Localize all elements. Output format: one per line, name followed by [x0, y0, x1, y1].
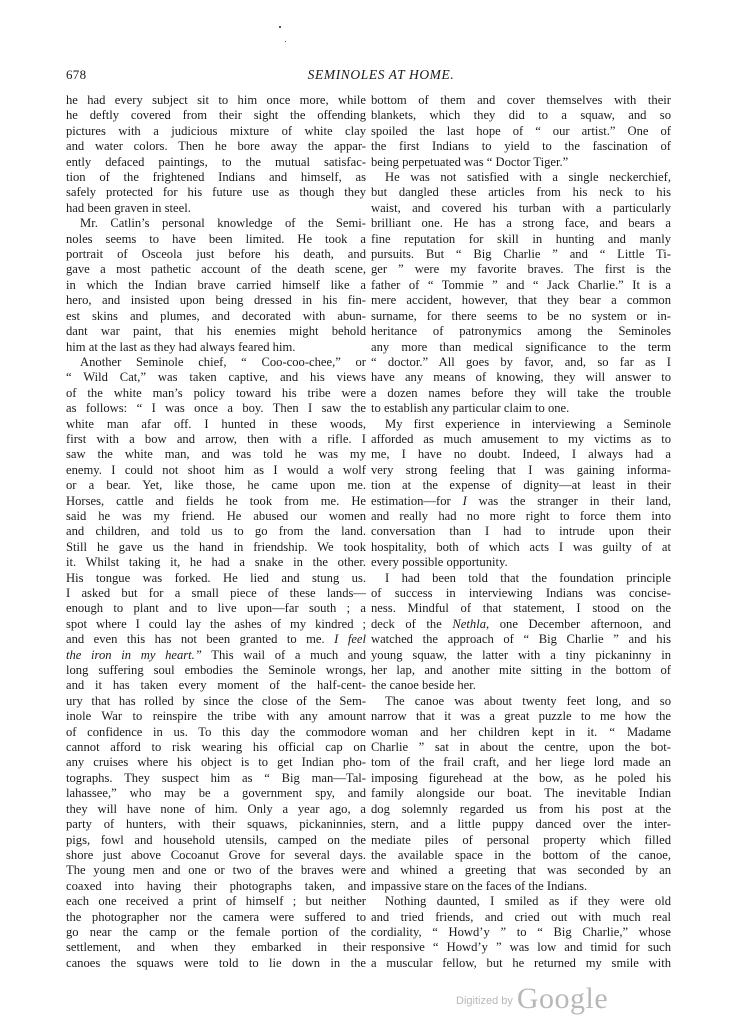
- text-line: narrow that it was a great puzzle to me …: [371, 709, 671, 724]
- text-run: me, I have no doubt. Indeed, I always ha…: [371, 447, 671, 461]
- text-line: and children, and told us to go from the…: [66, 524, 366, 539]
- text-run: imposing figurehead at the bow, as he po…: [371, 771, 671, 785]
- text-line: a dozen names before they will take the …: [371, 386, 671, 401]
- text-line: shore just above Cocoanut Grove for seve…: [66, 848, 366, 863]
- text-run: first with a bow and arrow, then with a …: [66, 432, 366, 446]
- text-line: His tongue was forked. He lied and stung…: [66, 571, 366, 586]
- page-header: 678 SEMINOLES AT HOME.: [66, 67, 680, 87]
- text-line: afforded as much amusement to my victims…: [371, 432, 671, 447]
- text-line: any more than medical significance to th…: [371, 340, 671, 355]
- text-run: was the stranger in their land,: [467, 494, 671, 508]
- text-run: they will have none of him. Only a year …: [66, 802, 366, 816]
- text-run: to establish any particular claim to one…: [371, 401, 569, 415]
- text-run: enemy. I could not shoot him as I would …: [66, 463, 366, 477]
- text-line: long suffering soul embodies the Seminol…: [66, 663, 366, 678]
- text-line: He was not satisfied with a single necke…: [371, 170, 671, 185]
- text-line: “ doctor.” All goes by favor, and, so fa…: [371, 355, 671, 370]
- text-line: I had been told that the foundation prin…: [371, 571, 671, 586]
- text-run: her lap, and another mite sitting in the…: [371, 663, 671, 677]
- text-run: conversation than I had to intrude upon …: [371, 524, 671, 538]
- text-line: “ Wild Cat,” was taken captive, and his …: [66, 370, 366, 385]
- text-run: afforded as much amusement to my victims…: [371, 432, 671, 446]
- text-line: pursuits. But “ Big Charlie ” and “ Litt…: [371, 247, 671, 262]
- text-line: and water colors. Then he bore away the …: [66, 139, 366, 154]
- italic-text-run: Nethla: [452, 617, 486, 631]
- text-line: as follows: “ I was once a boy. Then I s…: [66, 401, 366, 416]
- text-run: gave a most pathetic account of the deat…: [66, 262, 366, 276]
- text-run: hospitality, both of which acts I was gu…: [371, 540, 671, 554]
- text-line: white man afar off. I hunted in these wo…: [66, 417, 366, 432]
- text-line: a muscular fellow, but he returned my sm…: [371, 956, 671, 971]
- text-run: tion of the frightened Indians and himse…: [66, 170, 366, 184]
- text-line: The young men and one or two of the brav…: [66, 863, 366, 878]
- text-line: cannot afford to risk wearing his offici…: [66, 740, 366, 755]
- text-line: family alongside our boat. The inevitabl…: [371, 786, 671, 801]
- scan-speck-top: [279, 26, 281, 28]
- text-line: imposing figurehead at the bow, as he po…: [371, 771, 671, 786]
- text-line: tion at the expense of dignity—at least …: [371, 478, 671, 493]
- text-line: of success in interviewing Indians was c…: [371, 586, 671, 601]
- text-line: woman and her children kept in it. “ Mad…: [371, 725, 671, 740]
- text-run: fine reputation for skill in hunting and…: [371, 232, 671, 246]
- text-line: lahassee,” who may be a government spy, …: [66, 786, 366, 801]
- text-run: a muscular fellow, but he returned my sm…: [371, 956, 671, 970]
- text-run: any cruises where his object is to get I…: [66, 755, 366, 769]
- text-run: I asked but for a small piece of these l…: [66, 586, 366, 600]
- text-line: it. Whilst taking it, he had a snake in …: [66, 555, 366, 570]
- text-line: gave a most pathetic account of the deat…: [66, 262, 366, 277]
- text-run: cannot afford to risk wearing his offici…: [66, 740, 366, 754]
- text-run: family alongside our boat. The inevitabl…: [371, 786, 671, 800]
- text-run: had been graven in steel.: [66, 201, 191, 215]
- text-line: the iron in my heart.” This wail of a mu…: [66, 648, 366, 663]
- text-run: spoiled the last hope of “ our artist.” …: [371, 124, 671, 138]
- text-line: to establish any particular claim to one…: [371, 401, 671, 416]
- italic-text-run: I feel: [334, 632, 366, 646]
- text-line: Charlie ” sat in about the centre, upon …: [371, 740, 671, 755]
- google-logo-text: Google: [517, 982, 608, 1015]
- text-run: the first Indians to yield to the fascin…: [371, 139, 671, 153]
- text-run: bottom of them and cover themselves with…: [371, 93, 671, 107]
- text-line: father of “ Tommie ” and “ Jack Charlie.…: [371, 278, 671, 293]
- text-run: Still he gave us the hand in friendship.…: [66, 540, 366, 554]
- text-line: young squaw, the latter with a tiny pick…: [371, 648, 671, 663]
- text-line: mediate piles of personal property which…: [371, 833, 671, 848]
- text-run: father of “ Tommie ” and “ Jack Charlie.…: [371, 278, 671, 292]
- text-run: saw the white man, and was told he was m…: [66, 447, 366, 461]
- text-line: the canoe beside her.: [371, 678, 671, 693]
- text-run: being perpetuated was “ Doctor Tiger.”: [371, 155, 568, 169]
- text-run: coaxed into having their photographs tak…: [66, 879, 366, 893]
- text-line: or a bear. Yet, like those, he came upon…: [66, 478, 366, 493]
- text-run: His tongue was forked. He lied and stung…: [66, 571, 366, 585]
- text-run: a dozen names before they will take the …: [371, 386, 671, 400]
- text-run: party of hunters, with their squaws, pic…: [66, 817, 366, 831]
- text-run: long suffering soul embodies the Seminol…: [66, 663, 366, 677]
- text-run: My first experience in interviewing a Se…: [385, 417, 671, 431]
- text-line: the first Indians to yield to the fascin…: [371, 139, 671, 154]
- text-run: noles seems to have been limited. He too…: [66, 232, 366, 246]
- text-run: very strong feeling that I was gaining i…: [371, 463, 671, 477]
- text-line: ness. Mindful of that statement, I stood…: [371, 601, 671, 616]
- text-run: woman and her children kept in it. “ Mad…: [371, 725, 671, 739]
- text-line: responsive “ Howd’y ” was low and timid …: [371, 940, 671, 955]
- text-run: est skins and plumes, and decorated with…: [66, 309, 366, 323]
- italic-text-run: the iron in my heart.”: [66, 648, 202, 662]
- text-run: white man afar off. I hunted in these wo…: [66, 417, 366, 431]
- text-run: portrait of Osceola just before his deat…: [66, 247, 366, 261]
- text-line: very strong feeling that I was gaining i…: [371, 463, 671, 478]
- text-line: dog solemnly regarded us from his post a…: [371, 802, 671, 817]
- text-line: fine reputation for skill in hunting and…: [371, 232, 671, 247]
- text-line: he deftly covered from their sight the o…: [66, 108, 366, 123]
- text-line: pigs, fowl and household utensils, campe…: [66, 833, 366, 848]
- text-run: the canoe beside her.: [371, 678, 476, 692]
- text-run: tion at the expense of dignity—at least …: [371, 478, 671, 492]
- text-run: of confidence in us. To this day the com…: [66, 725, 366, 739]
- text-run: cordiality, “ Howd’y ” to “ Big Charlie,…: [371, 925, 671, 939]
- text-run: or a bear. Yet, like those, he came upon…: [66, 478, 366, 492]
- text-line: the photographer nor the camera were suf…: [66, 910, 366, 925]
- text-line: deck of the Nethla, one December afterno…: [371, 617, 671, 632]
- text-line: My first experience in interviewing a Se…: [371, 417, 671, 432]
- text-line: of the white man’s policy toward his tri…: [66, 386, 366, 401]
- text-line: safely protected for his future use as t…: [66, 185, 366, 200]
- text-line: blankets, which they did to a squaw, and…: [371, 108, 671, 123]
- text-line: and it has taken every moment of the hal…: [66, 678, 366, 693]
- text-run: ently defaced paintings, to the mutual s…: [66, 155, 366, 169]
- text-run: any more than medical significance to th…: [371, 340, 671, 354]
- text-line: in which the Indian brave carried himsel…: [66, 278, 366, 293]
- text-line: and tried friends, and cried out with mu…: [371, 910, 671, 925]
- text-run: ury that has rolled by since the close o…: [66, 694, 366, 708]
- text-run: I had been told that the foundation prin…: [385, 571, 671, 585]
- text-line: Another Seminole chief, “ Coo-coo-chee,”…: [66, 355, 366, 370]
- text-line: brilliant one. He has a strong face, and…: [371, 216, 671, 231]
- text-run: go near the camp or the female portion o…: [66, 925, 366, 939]
- text-run: estimation—for: [371, 494, 463, 508]
- text-line: him at the last as they had always feare…: [66, 340, 366, 355]
- text-run: dog solemnly regarded us from his post a…: [371, 802, 671, 816]
- watermark-prefix: Digitized by: [456, 995, 513, 1007]
- text-line: her lap, and another mite sitting in the…: [371, 663, 671, 678]
- text-run: responsive “ Howd’y ” was low and timid …: [371, 940, 671, 954]
- text-line: portrait of Osceola just before his deat…: [66, 247, 366, 262]
- text-line: ently defaced paintings, to the mutual s…: [66, 155, 366, 170]
- text-line: surname, for there seems to be no system…: [371, 309, 671, 324]
- text-run: narrow that it was a great puzzle to me …: [371, 709, 671, 723]
- text-line: he had every subject sit to him once mor…: [66, 93, 366, 108]
- text-line: hero, and insisted upon being dressed in…: [66, 293, 366, 308]
- text-run: said he was my friend. He abused our wom…: [66, 509, 366, 523]
- text-run: tom of the frail craft, and her liege lo…: [371, 755, 671, 769]
- text-run: settlement, and when they embarked in th…: [66, 940, 366, 954]
- text-run: pigs, fowl and household utensils, campe…: [66, 833, 366, 847]
- text-line: and whined a greeting that was seconded …: [371, 863, 671, 878]
- text-run: dant war paint, that his enemies might b…: [66, 324, 366, 338]
- text-run: , one December afternoon, and: [486, 617, 671, 631]
- text-line: Mr. Catlin’s personal knowledge of the S…: [66, 216, 366, 231]
- text-line: party of hunters, with their squaws, pic…: [66, 817, 366, 832]
- text-line: saw the white man, and was told he was m…: [66, 447, 366, 462]
- text-run: mediate piles of personal property which…: [371, 833, 671, 847]
- text-line: heritance of patronymics among the Semin…: [371, 324, 671, 339]
- text-run: pursuits. But “ Big Charlie ” and “ Litt…: [371, 247, 671, 261]
- text-run: stern, and a little puppy danced over th…: [371, 817, 671, 831]
- text-run: and even this has not been granted to me…: [66, 632, 325, 646]
- text-line: bottom of them and cover themselves with…: [371, 93, 671, 108]
- text-line: each one received a print of himself ; b…: [66, 894, 366, 909]
- text-run: of the white man’s policy toward his tri…: [66, 386, 366, 400]
- text-run: Horses, cattle and fields he took from m…: [66, 494, 366, 508]
- text-run: spot where I could lay the ashes of my k…: [66, 617, 366, 631]
- text-line: every possible opportunity.: [371, 555, 671, 570]
- text-line: go near the camp or the female portion o…: [66, 925, 366, 940]
- text-line: impassive stare on the faces of the Indi…: [371, 879, 671, 894]
- text-run: blankets, which they did to a squaw, and…: [371, 108, 671, 122]
- running-title: SEMINOLES AT HOME.: [66, 67, 680, 83]
- text-line: and even this has not been granted to me…: [66, 632, 366, 647]
- text-line: est skins and plumes, and decorated with…: [66, 309, 366, 324]
- text-run: The canoe was about twenty feet long, an…: [385, 694, 671, 708]
- text-line: first with a bow and arrow, then with a …: [66, 432, 366, 447]
- text-run: each one received a print of himself ; b…: [66, 894, 366, 908]
- text-run: ness. Mindful of that statement, I stood…: [371, 601, 671, 615]
- text-run: Mr. Catlin’s personal knowledge of the S…: [80, 216, 366, 230]
- text-run: He was not satisfied with a single necke…: [385, 170, 671, 184]
- text-line: have any means of knowing, they will ans…: [371, 370, 671, 385]
- text-line: dant war paint, that his enemies might b…: [66, 324, 366, 339]
- text-line: any cruises where his object is to get I…: [66, 755, 366, 770]
- text-run: pictures with a judicious mixture of whi…: [66, 124, 366, 138]
- text-run: lahassee,” who may be a government spy, …: [66, 786, 366, 800]
- text-run: it. Whilst taking it, he had a snake in …: [66, 555, 366, 569]
- text-line: stern, and a little puppy danced over th…: [371, 817, 671, 832]
- text-run: the photographer nor the camera were suf…: [66, 910, 366, 924]
- text-line: noles seems to have been limited. He too…: [66, 232, 366, 247]
- text-run: shore just above Cocoanut Grove for seve…: [66, 848, 366, 862]
- text-run: he deftly covered from their sight the o…: [66, 108, 366, 122]
- text-line: coaxed into having their photographs tak…: [66, 879, 366, 894]
- text-run: brilliant one. He has a strong face, and…: [371, 216, 671, 230]
- text-line: tographs. They suspect him as “ Big man—…: [66, 771, 366, 786]
- text-run: in which the Indian brave carried himsel…: [66, 278, 366, 292]
- text-line: but dangled these articles from his neck…: [371, 185, 671, 200]
- text-line: hospitality, both of which acts I was gu…: [371, 540, 671, 555]
- text-line: The canoe was about twenty feet long, an…: [371, 694, 671, 709]
- text-run: and whined a greeting that was seconded …: [371, 863, 671, 877]
- text-line: settlement, and when they embarked in th…: [66, 940, 366, 955]
- text-line: watched the approach of “ Big Charlie ” …: [371, 632, 671, 647]
- text-run: This wail of a much and: [202, 648, 366, 662]
- text-line: the available space in the bottom of the…: [371, 848, 671, 863]
- text-line: spot where I could lay the ashes of my k…: [66, 617, 366, 632]
- text-line: of confidence in us. To this day the com…: [66, 725, 366, 740]
- text-line: estimation—for I was the stranger in the…: [371, 494, 671, 509]
- text-run: have any means of knowing, they will ans…: [371, 370, 671, 384]
- text-line: had been graven in steel.: [66, 201, 366, 216]
- text-line: being perpetuated was “ Doctor Tiger.”: [371, 155, 671, 170]
- text-run: hero, and insisted upon being dressed in…: [66, 293, 366, 307]
- text-run: “ Wild Cat,” was taken captive, and his …: [66, 370, 366, 384]
- text-run: and children, and told us to go from the…: [66, 524, 366, 538]
- text-line: pictures with a judicious mixture of whi…: [66, 124, 366, 139]
- text-line: mere accident, however, that they bear a…: [371, 293, 671, 308]
- scan-speck-mid: [285, 41, 286, 42]
- text-run: and really had no more right to force th…: [371, 509, 671, 523]
- text-line: canoes the squaws were told to lie down …: [66, 956, 366, 971]
- text-line: inole War to reinspire the tribe with an…: [66, 709, 366, 724]
- text-run: the available space in the bottom of the…: [371, 848, 671, 862]
- text-run: and it has taken every moment of the hal…: [66, 678, 366, 692]
- text-run: and water colors. Then he bore away the …: [66, 139, 366, 153]
- text-run: heritance of patronymics among the Semin…: [371, 324, 671, 338]
- text-line: tion of the frightened Indians and himse…: [66, 170, 366, 185]
- text-run: inole War to reinspire the tribe with an…: [66, 709, 366, 723]
- text-line: said he was my friend. He abused our wom…: [66, 509, 366, 524]
- text-line: conversation than I had to intrude upon …: [371, 524, 671, 539]
- text-run: but dangled these articles from his neck…: [371, 185, 671, 199]
- text-line: waist, and covered his turban with a par…: [371, 201, 671, 216]
- text-line: ury that has rolled by since the close o…: [66, 694, 366, 709]
- text-run: young squaw, the latter with a tiny pick…: [371, 648, 671, 662]
- text-run: mere accident, however, that they bear a…: [371, 293, 671, 307]
- text-run: Charlie ” sat in about the centre, upon …: [371, 740, 671, 754]
- text-line: enough to plant and to live upon—far sou…: [66, 601, 366, 616]
- text-column-right: bottom of them and cover themselves with…: [371, 93, 671, 971]
- text-line: Still he gave us the hand in friendship.…: [66, 540, 366, 555]
- text-run: deck of the: [371, 617, 452, 631]
- text-line: tom of the frail craft, and her liege lo…: [371, 755, 671, 770]
- text-run: he had every subject sit to him once mor…: [66, 93, 366, 107]
- text-column-left: he had every subject sit to him once mor…: [66, 93, 366, 971]
- text-run: “ doctor.” All goes by favor, and, so fa…: [371, 355, 671, 369]
- text-line: I asked but for a small piece of these l…: [66, 586, 366, 601]
- text-run: every possible opportunity.: [371, 555, 508, 569]
- text-line: Nothing daunted, I smiled as if they wer…: [371, 894, 671, 909]
- text-run: impassive stare on the faces of the Indi…: [371, 879, 587, 893]
- text-run: canoes the squaws were told to lie down …: [66, 956, 366, 970]
- text-run: tographs. They suspect him as “ Big man—…: [66, 771, 366, 785]
- text-line: they will have none of him. Only a year …: [66, 802, 366, 817]
- text-line: cordiality, “ Howd’y ” to “ Big Charlie,…: [371, 925, 671, 940]
- text-run: safely protected for his future use as t…: [66, 185, 366, 199]
- text-run: Another Seminole chief, “ Coo-coo-chee,”…: [80, 355, 366, 369]
- digitized-by-google-watermark: Digitized by Google: [456, 982, 608, 1016]
- text-line: enemy. I could not shoot him as I would …: [66, 463, 366, 478]
- text-line: Horses, cattle and fields he took from m…: [66, 494, 366, 509]
- text-run: Nothing daunted, I smiled as if they wer…: [385, 894, 671, 908]
- text-run: enough to plant and to live upon—far sou…: [66, 601, 366, 615]
- text-run: of success in interviewing Indians was c…: [371, 586, 671, 600]
- text-run: surname, for there seems to be no system…: [371, 309, 671, 323]
- text-run: waist, and covered his turban with a par…: [371, 201, 671, 215]
- text-line: me, I have no doubt. Indeed, I always ha…: [371, 447, 671, 462]
- text-run: him at the last as they had always feare…: [66, 340, 295, 354]
- text-run: and tried friends, and cried out with mu…: [371, 910, 671, 924]
- text-run: The young men and one or two of the brav…: [66, 863, 366, 877]
- text-run: ger ” were my favorite braves. The first…: [371, 262, 671, 276]
- text-line: spoiled the last hope of “ our artist.” …: [371, 124, 671, 139]
- text-line: ger ” were my favorite braves. The first…: [371, 262, 671, 277]
- text-run: watched the approach of “ Big Charlie ” …: [371, 632, 671, 646]
- text-line: and really had no more right to force th…: [371, 509, 671, 524]
- text-run: as follows: “ I was once a boy. Then I s…: [66, 401, 366, 415]
